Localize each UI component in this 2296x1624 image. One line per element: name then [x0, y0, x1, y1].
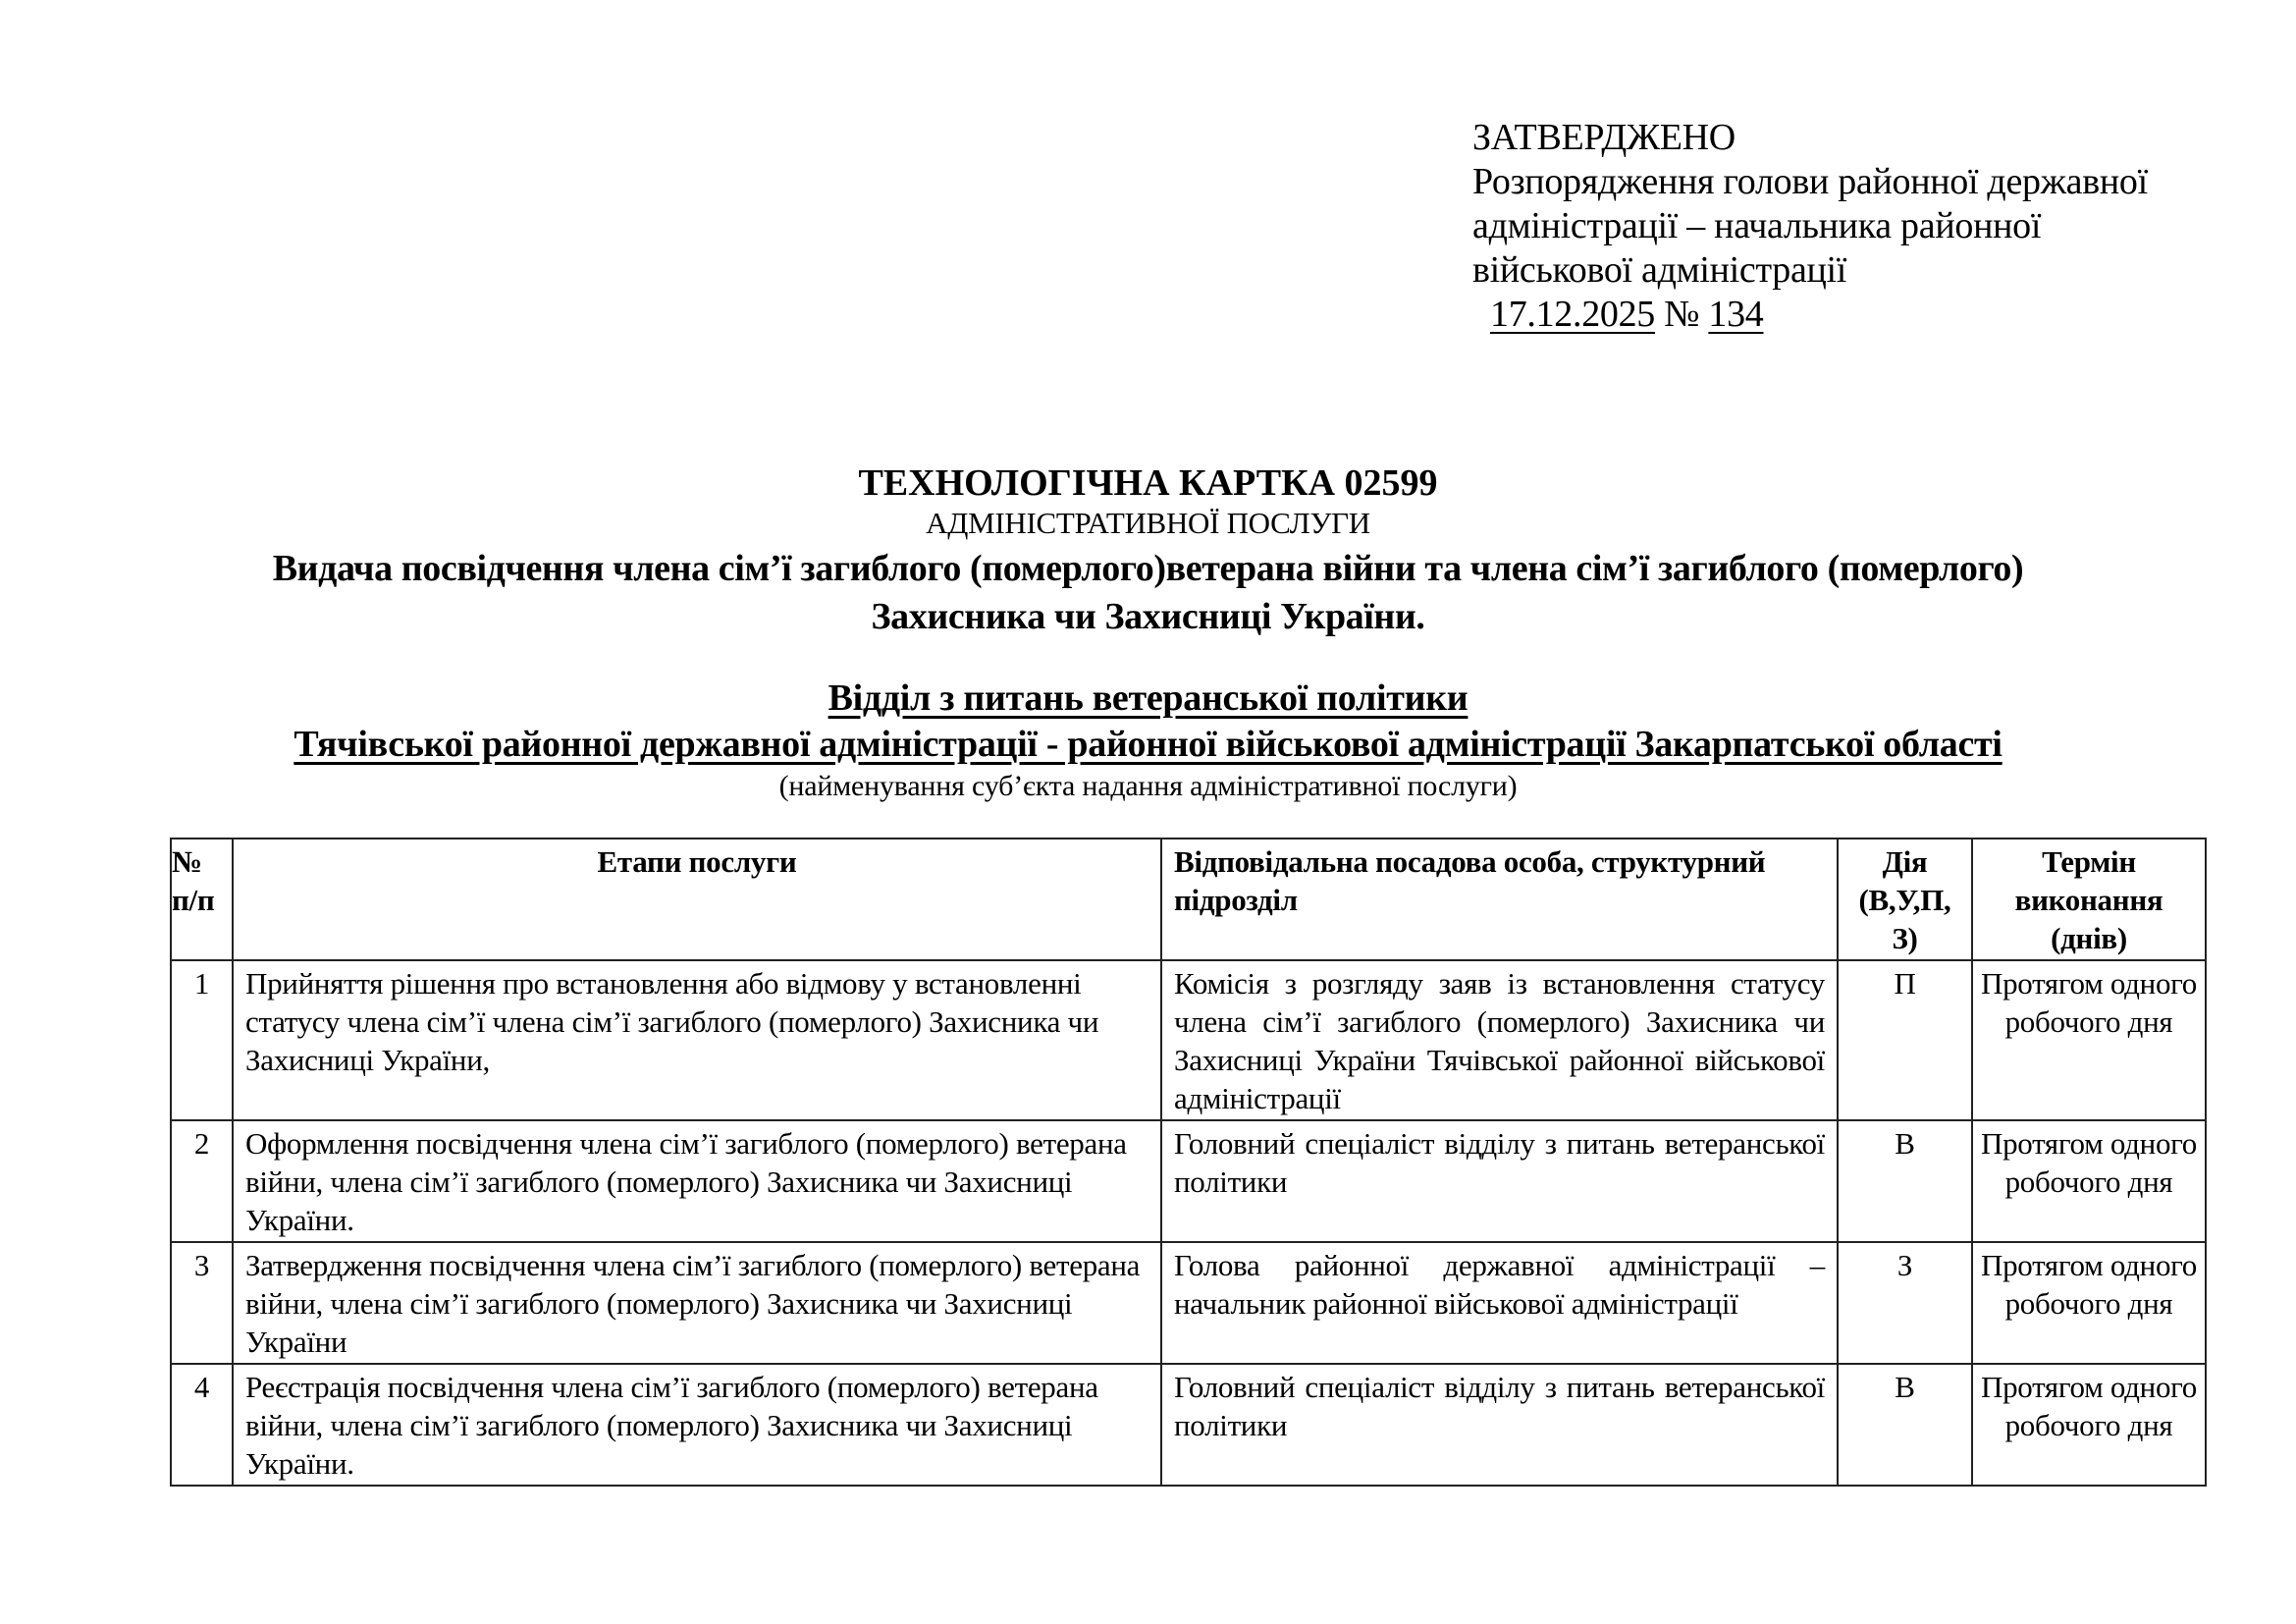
cell-responsible: Головний спеціаліст відділу з питань вет… — [1161, 1120, 1838, 1242]
cell-term: Протягом одного робочого дня — [1972, 1242, 2206, 1364]
header-action: Дія (В,У,П, З) — [1838, 839, 1972, 960]
header-stage: Етапи послуги — [233, 839, 1161, 960]
service-name: Видача посвідчення члена сім’ї загиблого… — [0, 545, 2296, 641]
table-row: 4 Реєстрація посвідчення члена сім’ї заг… — [171, 1364, 2206, 1486]
approval-line: адміністрації – начальника районної — [1472, 204, 2258, 248]
cell-action: В — [1838, 1120, 1972, 1242]
cell-responsible: Голова районної державної адміністрації … — [1161, 1242, 1838, 1364]
cell-stage: Затвердження посвідчення члена сім’ї заг… — [233, 1242, 1161, 1364]
cell-action: З — [1838, 1242, 1972, 1364]
department-line: Тячівської районної державної адміністра… — [294, 724, 2002, 765]
document-title: ТЕХНОЛОГІЧНА КАРТКА 02599 — [0, 461, 2296, 505]
document-subtitle: АДМІНІСТРАТИВНОЇ ПОСЛУГИ — [0, 506, 2296, 541]
cell-stage: Оформлення посвідчення члена сім’ї загиб… — [233, 1120, 1161, 1242]
cell-term: Протягом одного робочого дня — [1972, 1120, 2206, 1242]
technology-card-table: № п/п Етапи послуги Відповідальна посадо… — [170, 838, 2207, 1487]
cell-action: П — [1838, 960, 1972, 1120]
cell-term: Протягом одного робочого дня — [1972, 960, 2206, 1120]
table-header-row: № п/п Етапи послуги Відповідальна посадо… — [171, 839, 2206, 960]
number-sign: № — [1664, 294, 1699, 335]
cell-num: 2 — [171, 1120, 233, 1242]
cell-responsible: Головний спеціаліст відділу з питань вет… — [1161, 1364, 1838, 1486]
approval-number: 134 — [1708, 294, 1763, 335]
approval-date: 17.12.2025 — [1490, 294, 1655, 335]
cell-term: Протягом одного робочого дня — [1972, 1364, 2206, 1486]
service-name-line: Захисника чи Захисниці України. — [0, 593, 2296, 641]
approval-block: ЗАТВЕРДЖЕНО Розпорядження голови районно… — [1472, 116, 2258, 337]
approval-line: Розпорядження голови районної державної — [1472, 160, 2258, 204]
cell-stage: Прийняття рішення про встановлення або в… — [233, 960, 1161, 1120]
cell-action: В — [1838, 1364, 1972, 1486]
header-responsible: Відповідальна посадова особа, структурни… — [1161, 839, 1838, 960]
table-row: 1 Прийняття рішення про встановлення або… — [171, 960, 2206, 1120]
header-num: № п/п — [171, 839, 233, 960]
cell-num: 3 — [171, 1242, 233, 1364]
department-line: Відділ з питань ветеранської політики — [828, 677, 1468, 719]
department-note: (найменування суб’єкта надання адміністр… — [0, 770, 2296, 803]
department-name: Відділ з питань ветеранської політики Тя… — [0, 676, 2296, 768]
cell-responsible: Комісія з розгляду заяв із встановлення … — [1161, 960, 1838, 1120]
service-name-line: Видача посвідчення члена сім’ї загиблого… — [0, 545, 2296, 593]
cell-stage: Реєстрація посвідчення члена сім’ї загиб… — [233, 1364, 1161, 1486]
table-row: 2 Оформлення посвідчення члена сім’ї заг… — [171, 1120, 2206, 1242]
cell-num: 4 — [171, 1364, 233, 1486]
approval-label: ЗАТВЕРДЖЕНО — [1472, 116, 2258, 160]
cell-num: 1 — [171, 960, 233, 1120]
approval-date-line: 17.12.2025 № 134 — [1472, 293, 2258, 337]
header-term: Термін виконання (днів) — [1972, 839, 2206, 960]
table-row: 3 Затвердження посвідчення члена сім’ї з… — [171, 1242, 2206, 1364]
approval-line: військової адміністрації — [1472, 248, 2258, 293]
